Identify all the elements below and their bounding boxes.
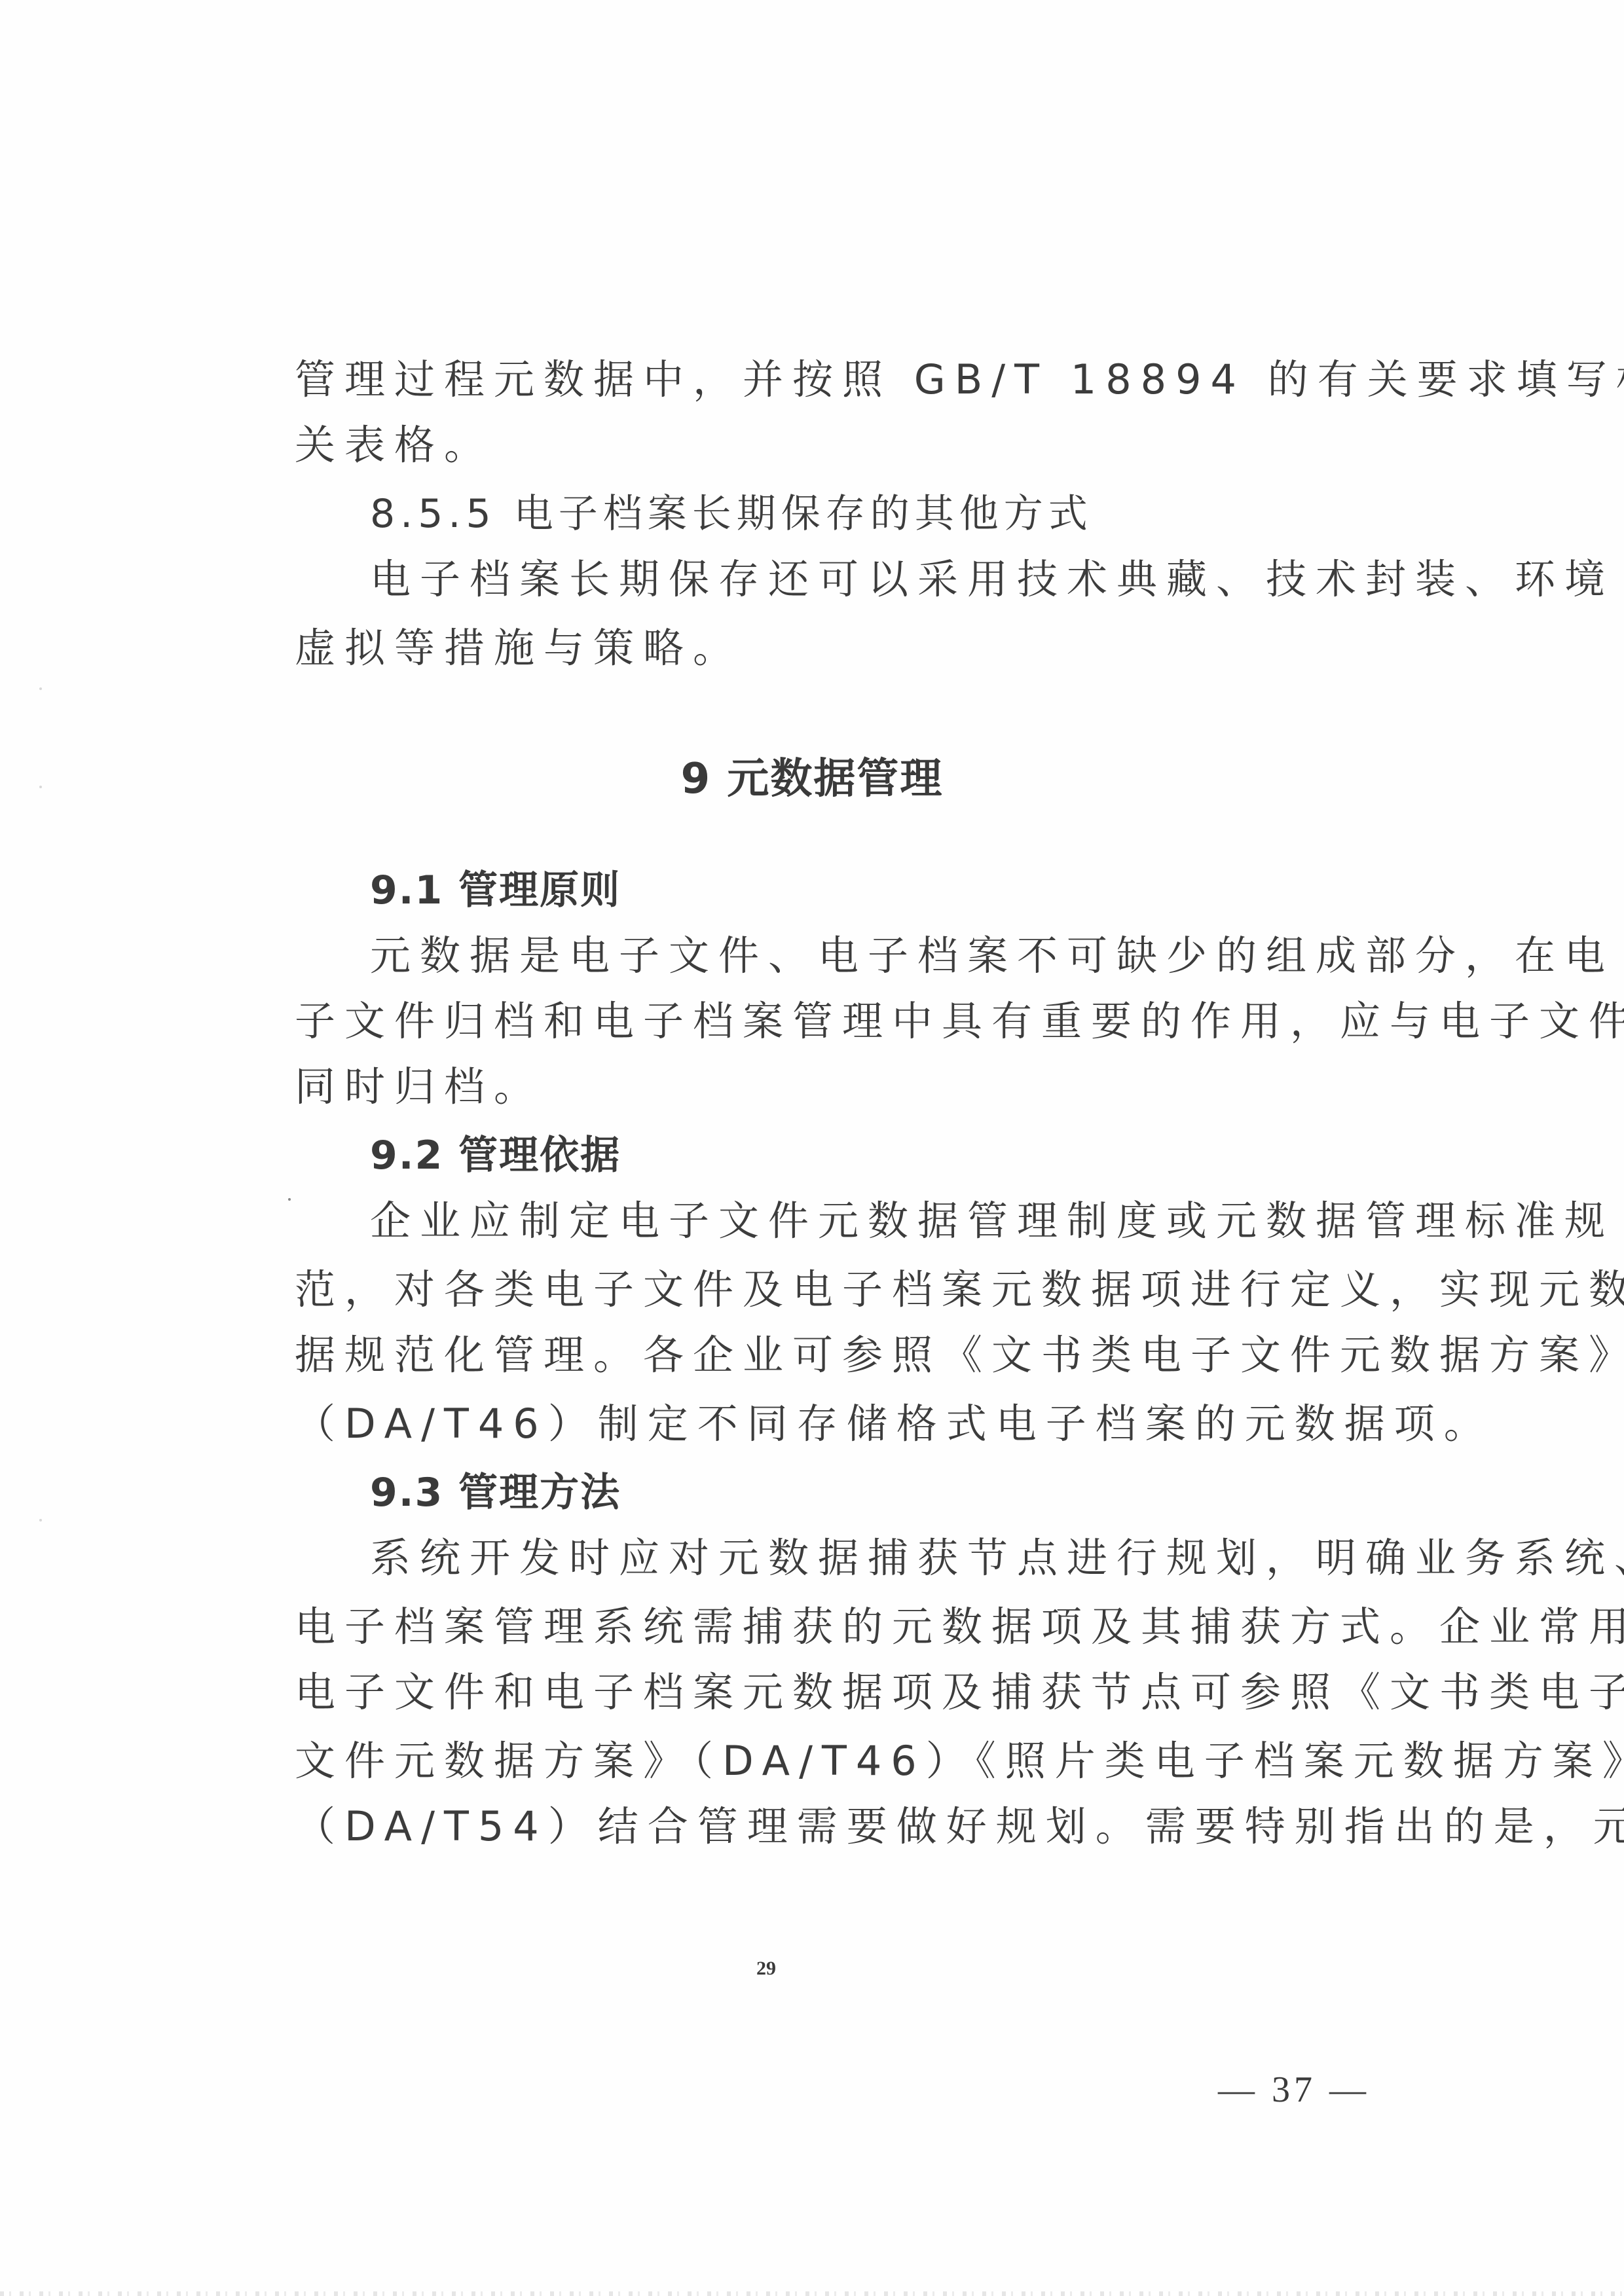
paragraph-line: 关表格。 — [295, 419, 494, 471]
outer-page-number: — 37 — — [1218, 2069, 1370, 2111]
section-heading-9-2: 9.2 管理依据 — [370, 1129, 621, 1182]
paragraph-line: 管理过程元数据中，并按照 GB/T 18894 的有关要求填写相 — [295, 354, 1624, 406]
paragraph-line: （DA/T54）结合管理需要做好规划。需要特别指出的是，元数 — [295, 1800, 1624, 1853]
section-heading-9-1: 9.1 管理原则 — [370, 864, 621, 917]
paragraph-line: 同时归档。 — [295, 1061, 544, 1113]
paragraph-line: 范，对各类电子文件及电子档案元数据项进行定义，实现元数 — [295, 1264, 1624, 1316]
paragraph-line: 企业应制定电子文件元数据管理制度或元数据管理标准规 — [370, 1195, 1614, 1247]
chapter-title: 9 元数据管理 — [0, 753, 1624, 805]
inner-page-number: 29 — [756, 1958, 776, 1980]
scan-artifact — [39, 687, 42, 690]
paragraph-line: 电子档案长期保存还可以采用技术典藏、技术封装、环境 — [370, 553, 1614, 606]
paragraph-line: （DA/T46）制定不同存储格式电子档案的元数据项。 — [295, 1398, 1494, 1450]
document-page: 管理过程元数据中，并按照 GB/T 18894 的有关要求填写相 关表格。 8.… — [0, 0, 1624, 2296]
paragraph-line: 元数据是电子文件、电子档案不可缺少的组成部分，在电 — [370, 930, 1614, 982]
scan-artifact — [39, 786, 42, 788]
paragraph-line: 文件元数据方案》（DA/T46）《照片类电子档案元数据方案》 — [295, 1735, 1624, 1787]
section-heading-9-3: 9.3 管理方法 — [370, 1467, 621, 1519]
paragraph-line: 虚拟等措施与策略。 — [295, 622, 743, 674]
scan-edge-strip — [0, 2291, 1624, 2296]
scan-artifact — [288, 1198, 291, 1201]
paragraph-line: 据规范化管理。各企业可参照《文书类电子文件元数据方案》 — [295, 1329, 1624, 1381]
paragraph-line: 电子文件和电子档案元数据项及捕获节点可参照《文书类电子 — [295, 1666, 1624, 1719]
paragraph-line: 系统开发时应对元数据捕获节点进行规划，明确业务系统、 — [370, 1532, 1624, 1584]
paragraph-line: 子文件归档和电子档案管理中具有重要的作用，应与电子文件 — [295, 995, 1624, 1048]
subsection-heading-8-5-5: 8.5.5 电子档案长期保存的其他方式 — [370, 488, 1093, 540]
paragraph-line: 电子档案管理系统需捕获的元数据项及其捕获方式。企业常用 — [295, 1601, 1624, 1653]
scan-artifact — [39, 1519, 42, 1522]
